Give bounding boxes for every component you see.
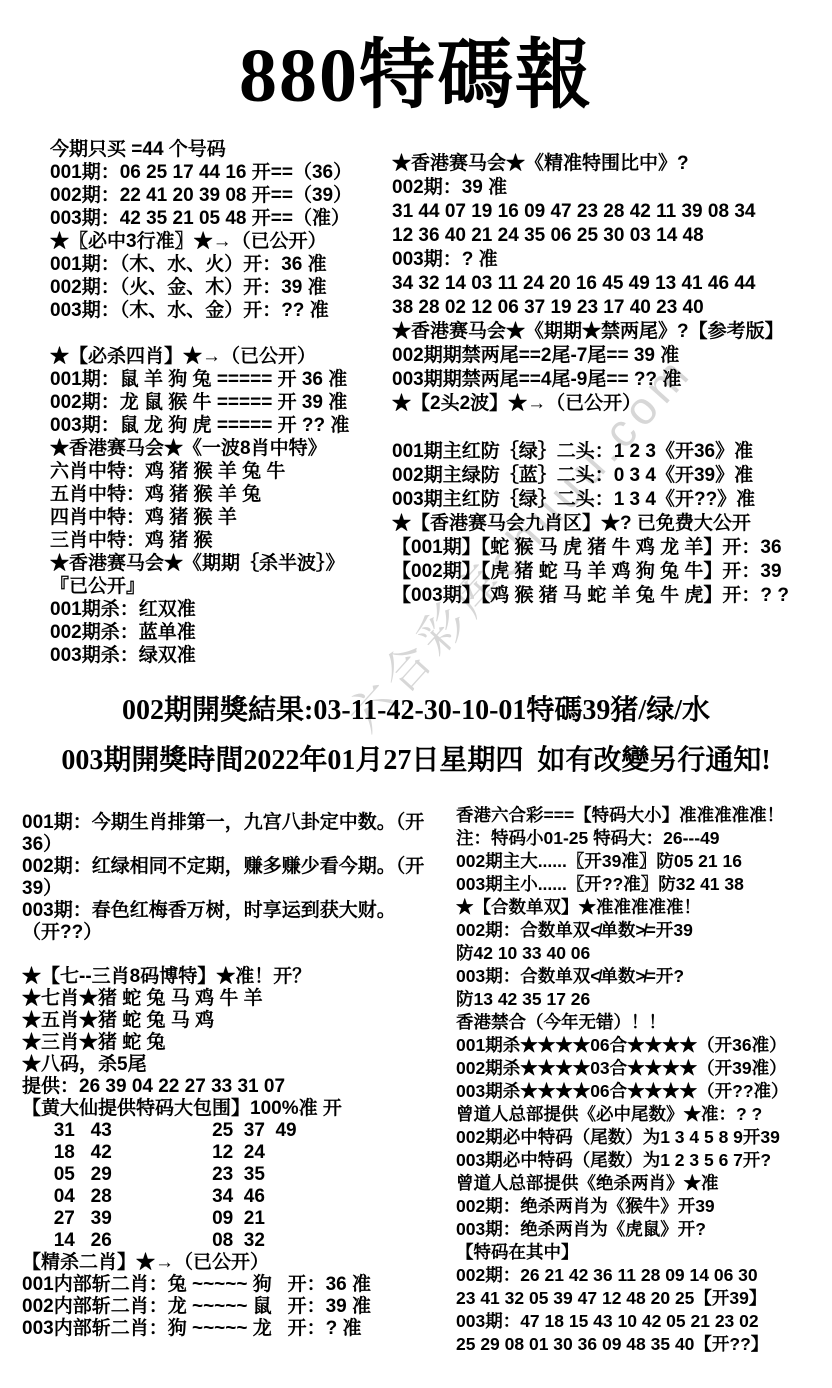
text-line: ★【七--三肖8码博特】★准！开？: [22, 966, 454, 988]
text-line: 27 39 09 21: [22, 1208, 454, 1230]
text-line: 14 26 08 32: [22, 1230, 454, 1252]
text-line: 12 36 40 21 24 35 06 25 30 03 14 48: [392, 224, 830, 248]
text-line: 003期：春色红梅香万树，时享运到获大财。（开??）: [22, 900, 454, 944]
text-line: 001期杀：红双准: [50, 598, 400, 621]
text-line: 003期：47 18 15 43 10 42 05 21 23 02: [456, 1310, 830, 1333]
text-line: 002期：绝杀两肖为《猴牛》开39: [456, 1195, 830, 1218]
page: 六合彩库chuuu.com 880特碼報 今期只买 =44 个号码001期：06…: [0, 0, 832, 1388]
text-line: 曾道人总部提供《必中尾数》★准：? ?: [456, 1103, 830, 1126]
text-line: 003期：合数单双≮单数≯=开?: [456, 965, 830, 988]
text-line: 003期：鼠 龙 狗 虎 ===== 开 ?? 准: [50, 414, 400, 437]
text-line: ★八码，杀5尾: [22, 1054, 454, 1076]
text-line: 002期：（火、金、木）开：39 准: [50, 276, 400, 299]
text-line: 002期期禁两尾==2尾-7尾== 39 准: [392, 344, 830, 368]
text-line: ★【2头2波】★→（已公开）: [392, 392, 830, 416]
text-line: 香港六合彩===【特码大小】准准准准准！: [456, 804, 830, 827]
text-line: 【黄大仙提供特码大包围】100%准 开: [22, 1098, 454, 1120]
text-line: 今期只买 =44 个号码: [50, 138, 400, 161]
text-line: 002期主绿防｛蓝｝二头：0 3 4《开39》准: [392, 464, 830, 488]
text-line: 38 28 02 12 06 37 19 23 17 40 23 40: [392, 296, 830, 320]
text-line: 003期：? 准: [392, 248, 830, 272]
text-line: 18 42 12 24: [22, 1142, 454, 1164]
text-line: 六肖中特：鸡 猪 猴 羊 兔 牛: [50, 460, 400, 483]
text-line: 003内部斩二肖：狗 ~~~~~ 龙 开：? 准: [22, 1318, 454, 1340]
text-line: 003期：绝杀两肖为《虎鼠》开?: [456, 1218, 830, 1241]
text-line: 提供：26 39 04 22 27 33 31 07: [22, 1076, 454, 1098]
text-line: 002期：39 准: [392, 176, 830, 200]
text-line: 003期主红防｛绿｝二头：1 3 4《开??》准: [392, 488, 830, 512]
text-line: 002内部斩二肖：龙 ~~~~~ 鼠 开：39 准: [22, 1296, 454, 1318]
text-line: ★香港赛马会★《精准特围比中》?: [392, 152, 830, 176]
text-line: 001期主红防｛绿｝二头：1 2 3《开36》准: [392, 440, 830, 464]
text-line: 001期杀★★★★06合★★★★（开36准）: [456, 1034, 830, 1057]
text-line: 34 32 14 03 11 24 20 16 45 49 13 41 46 4…: [392, 272, 830, 296]
text-line: 防13 42 35 17 26: [456, 988, 830, 1011]
text-line: 三肖中特：鸡 猪 猴: [50, 529, 400, 552]
text-line: 【精杀二肖】★→（已公开）: [22, 1252, 454, 1274]
text-line: 002期：22 41 20 39 08 开==（39）: [50, 184, 400, 207]
section-top-left: 今期只买 =44 个号码001期：06 25 17 44 16 开==（36）0…: [50, 138, 400, 667]
text-line: [22, 944, 454, 966]
draw-result-banner: 002期開獎結果:03-11-42-30-10-01特碼39猪/绿/水 003期…: [0, 686, 832, 786]
text-line: 001期：鼠 羊 狗 兔 ===== 开 36 准: [50, 368, 400, 391]
next-draw-time-line: 003期開獎時間2022年01月27日星期四 如有改變另行通知!: [0, 736, 832, 786]
text-line: 【002期】【虎 猪 蛇 马 羊 鸡 狗 兔 牛】开：39: [392, 560, 830, 584]
text-line: 『已公开』: [50, 575, 400, 598]
text-line: 002期：红绿相同不定期，赚多赚少看今期。（开39）: [22, 856, 454, 900]
text-line: ★【合数单双】★准准准准准！: [456, 896, 830, 919]
text-line: 002期主大......〖开39准〗防05 21 16: [456, 850, 830, 873]
text-line: 曾道人总部提供《绝杀两肖》★准: [456, 1172, 830, 1195]
text-line: ★五肖★猪 蛇 兔 马 鸡: [22, 1010, 454, 1032]
text-line: 002期必中特码（尾数）为1 3 4 5 8 9开39: [456, 1126, 830, 1149]
section-bottom-right: 香港六合彩===【特码大小】准准准准准！注：特码小01-25 特码大：26---…: [456, 804, 830, 1356]
text-line: 05 29 23 35: [22, 1164, 454, 1186]
text-line: ★〖必中3行准〗★→（已公开）: [50, 230, 400, 253]
text-line: 002期杀：蓝单准: [50, 621, 400, 644]
section-top-right: ★香港赛马会★《精准特围比中》?002期：39 准31 44 07 19 16 …: [392, 152, 830, 608]
text-line: 001期：今期生肖排第一，九宫八卦定中数。（开36）: [22, 812, 454, 856]
text-line: 【001期】【蛇 猴 马 虎 猪 牛 鸡 龙 羊】开：36: [392, 536, 830, 560]
text-line: 003期主小......〖开??准〗防32 41 38: [456, 873, 830, 896]
text-line: [50, 322, 400, 345]
text-line: 31 44 07 19 16 09 47 23 28 42 11 39 08 3…: [392, 200, 830, 224]
text-line: 001期：（木、水、火）开：36 准: [50, 253, 400, 276]
text-line: 注：特码小01-25 特码大：26---49: [456, 827, 830, 850]
page-title: 880特碼報: [0, 14, 832, 123]
text-line: 001期：06 25 17 44 16 开==（36）: [50, 161, 400, 184]
text-line: 防42 10 33 40 06: [456, 942, 830, 965]
text-line: ★香港赛马会★《一波8肖中特》: [50, 437, 400, 460]
text-line: 002期：26 21 42 36 11 28 09 14 06 30: [456, 1264, 830, 1287]
text-line: ★三肖★猪 蛇 兔: [22, 1032, 454, 1054]
text-line: 04 28 34 46: [22, 1186, 454, 1208]
text-line: 香港禁合（今年无错）！！: [456, 1011, 830, 1034]
text-line: ★【必杀四肖】★→（已公开）: [50, 345, 400, 368]
text-line: ★香港赛马会★《期期★禁两尾》?【参考版】: [392, 320, 830, 344]
section-bottom-left: 001期：今期生肖排第一，九宫八卦定中数。（开36）002期：红绿相同不定期，赚…: [22, 812, 454, 1340]
text-line: 【特码在其中】: [456, 1241, 830, 1264]
text-line: 002期杀★★★★03合★★★★（开39准）: [456, 1057, 830, 1080]
text-line: 四肖中特：鸡 猪 猴 羊: [50, 506, 400, 529]
text-line: 002期：龙 鼠 猴 牛 ===== 开 39 准: [50, 391, 400, 414]
text-line: ★香港赛马会★《期期｛杀半波｝》: [50, 552, 400, 575]
text-line: 五肖中特：鸡 猪 猴 羊 兔: [50, 483, 400, 506]
text-line: 23 41 32 05 39 47 12 48 20 25【开39】: [456, 1287, 830, 1310]
text-line: 【003期】【鸡 猴 猪 马 蛇 羊 兔 牛 虎】开：? ?: [392, 584, 830, 608]
text-line: [392, 416, 830, 440]
text-line: 003期：42 35 21 05 48 开==（准）: [50, 207, 400, 230]
text-line: 25 29 08 01 30 36 09 48 35 40【开??】: [456, 1333, 830, 1356]
text-line: 001内部斩二肖：兔 ~~~~~ 狗 开：36 准: [22, 1274, 454, 1296]
result-002-line: 002期開獎結果:03-11-42-30-10-01特碼39猪/绿/水: [0, 686, 832, 736]
text-line: 003期杀★★★★06合★★★★（开??准）: [456, 1080, 830, 1103]
text-line: ★七肖★猪 蛇 兔 马 鸡 牛 羊: [22, 988, 454, 1010]
text-line: 003期期禁两尾==4尾-9尾== ?? 准: [392, 368, 830, 392]
text-line: ★【香港赛马会九肖区】★? 已免费大公开: [392, 512, 830, 536]
text-line: 002期：合数单双≮单数≯=开39: [456, 919, 830, 942]
text-line: 003期：（木、水、金）开：?? 准: [50, 299, 400, 322]
text-line: 003期必中特码（尾数）为1 2 3 5 6 7开?: [456, 1149, 830, 1172]
text-line: 003期杀：绿双准: [50, 644, 400, 667]
text-line: 31 43 25 37 49: [22, 1120, 454, 1142]
